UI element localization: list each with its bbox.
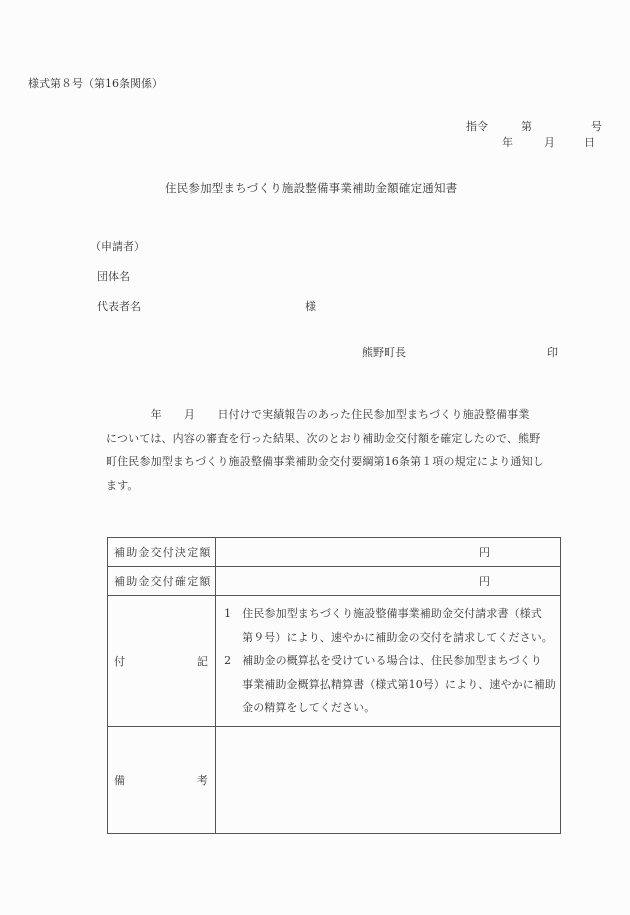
year-label: 年 <box>502 134 513 150</box>
note-line: 第９号）により、速やかに補助金の交付を請求してください。 <box>224 626 556 650</box>
date-line: 年 月 日 <box>502 134 595 150</box>
note-line: 金の精算をしてください。 <box>224 696 556 720</box>
notes-label-right: 記 <box>197 653 209 669</box>
body-line: ます。 <box>106 474 576 498</box>
issuer-name: 熊野町長 <box>362 344 406 360</box>
notes-label: 付 記 <box>108 596 216 727</box>
table-row: 付 記 1 住民参加型まちづくり施設整備事業補助金交付請求書（様式 第９号）によ… <box>108 596 561 727</box>
day-label: 日 <box>584 134 595 150</box>
seal-mark: 印 <box>547 344 558 360</box>
notes-content: 1 住民参加型まちづくり施設整備事業補助金交付請求書（様式 第９号）により、速や… <box>216 596 561 727</box>
table-row: 補助金交付確定額 円 <box>108 567 561 596</box>
notes-label-left: 付 <box>114 653 126 669</box>
note-line: 事業補助金概算払精算書（様式第10号）により、速やかに補助 <box>224 673 556 697</box>
honorific: 様 <box>305 298 316 314</box>
directive-number-line: 指令 第 号 <box>466 118 602 134</box>
body-line: 年 月 日付けで実績報告のあった住民参加型まちづくり施設整備事業 <box>106 403 576 427</box>
issue-label: 号 <box>591 118 602 134</box>
decided-amount-value: 円 <box>216 538 561 567</box>
note-line: 2 補助金の概算払を受けている場合は、住民参加型まちづくり <box>224 649 556 673</box>
amount-table: 補助金交付決定額 円 補助金交付確定額 円 付 記 1 住民参加型まちづくり施設… <box>107 537 561 834</box>
notice-body: 年 月 日付けで実績報告のあった住民参加型まちづくり施設整備事業 については、内… <box>106 403 576 497</box>
document-title: 住民参加型まちづくり施設整備事業補助金額確定通知書 <box>165 180 457 196</box>
organization-label: 団体名 <box>97 268 130 284</box>
confirmed-amount-label: 補助金交付確定額 <box>108 567 216 596</box>
applicant-label: （申請者） <box>90 238 145 254</box>
table-row: 補助金交付決定額 円 <box>108 538 561 567</box>
decided-amount-label: 補助金交付決定額 <box>108 538 216 567</box>
remarks-label: 備 考 <box>108 726 216 833</box>
number-label: 第 <box>521 118 532 134</box>
confirmed-amount-value: 円 <box>216 567 561 596</box>
body-line: 町住民参加型まちづくり施設整備事業補助金交付要綱第16条第１項の規定により通知し <box>106 450 576 474</box>
remarks-label-left: 備 <box>114 772 126 788</box>
directive-label: 指令 <box>466 118 488 134</box>
form-number: 様式第８号（第16条関係） <box>28 75 163 91</box>
remarks-label-right: 考 <box>197 772 209 788</box>
table-row: 備 考 <box>108 726 561 833</box>
remarks-content <box>216 726 561 833</box>
body-line: については、内容の審査を行った結果、次のとおり補助金交付額を確定したので、熊野 <box>106 427 576 451</box>
note-line: 1 住民参加型まちづくり施設整備事業補助金交付請求書（様式 <box>224 602 556 626</box>
representative-label: 代表者名 <box>97 298 141 314</box>
month-label: 月 <box>544 134 555 150</box>
